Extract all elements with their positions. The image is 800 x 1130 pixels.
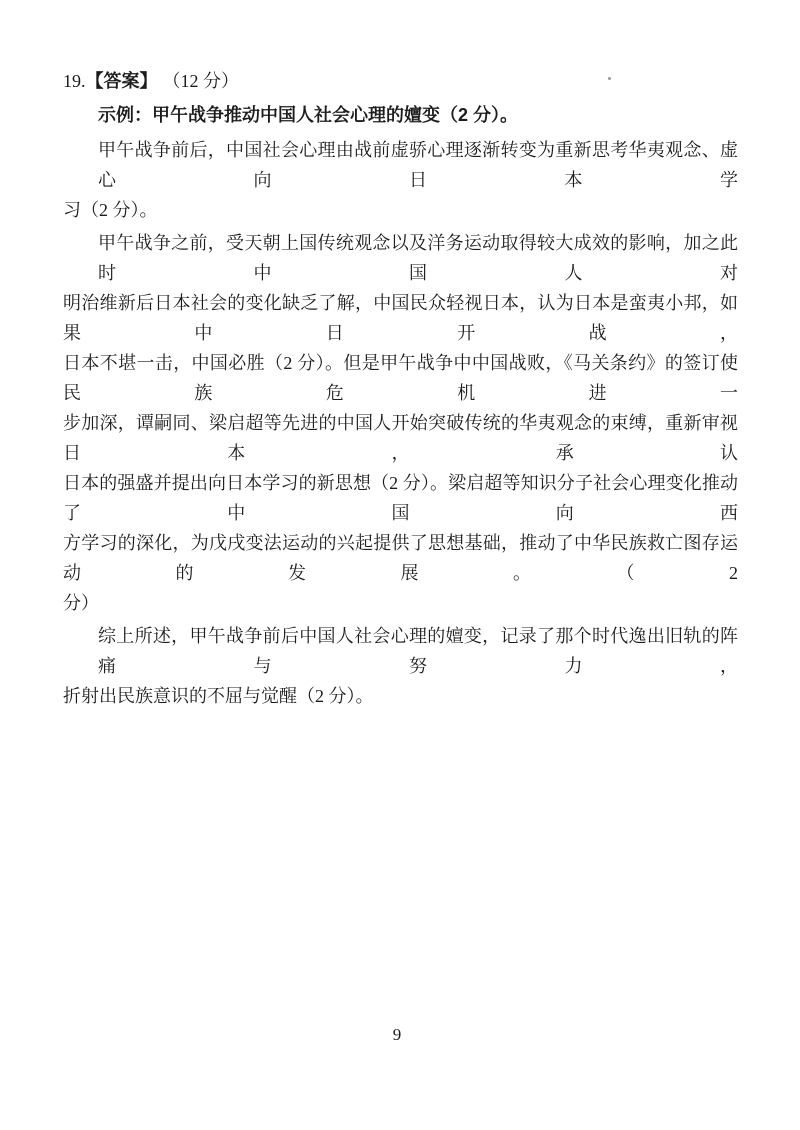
total-score: （12 分） [172, 71, 240, 91]
answer-label: 【答案】 [86, 71, 158, 91]
answer-text-line: 习（2 分）。 [63, 195, 738, 225]
answer-text-line: 甲午战争之前，受天朝上国传统观念以及洋务运动取得较大成效的影响，加之此时中国人对 [63, 228, 738, 288]
example-thesis-line: 示例：甲午战争推动中国人社会心理的嬗变（2 分）。 [63, 100, 738, 130]
document-page: 19.【答案】（12 分） 示例：甲午战争推动中国人社会心理的嬗变（2 分）。 … [0, 0, 800, 1130]
answer-paragraph-3: 综上所述，甲午战争前后中国人社会心理的嬗变，记录了那个时代逸出旧轨的阵痛与努力，… [63, 621, 738, 711]
answer-text-line: 步加深，谭嗣同、梁启超等先进的中国人开始突破传统的华夷观念的束缚，重新审视日本，… [63, 408, 738, 468]
answer-heading: 19.【答案】（12 分） [63, 66, 738, 96]
page-number: 9 [0, 1024, 794, 1046]
answer-text-line: 日本的强盛并提出向日本学习的新思想（2 分）。梁启超等知识分子社会心理变化推动了… [63, 468, 738, 528]
answer-text-line: 综上所述，甲午战争前后中国人社会心理的嬗变，记录了那个时代逸出旧轨的阵痛与努力， [63, 621, 738, 681]
answer-paragraph-2: 甲午战争之前，受天朝上国传统观念以及洋务运动取得较大成效的影响，加之此时中国人对… [63, 228, 738, 618]
answer-text-line: 明治维新后日本社会的变化缺乏了解，中国民众轻视日本，认为日本是蛮夷小邦，如果中日… [63, 288, 738, 348]
answer-text-line: 折射出民族意识的不屈与觉醒（2 分）。 [63, 681, 738, 711]
answer-text-line: 日本不堪一击，中国必胜（2 分）。但是甲午战争中中国战败，《马关条约》的签订使民… [63, 348, 738, 408]
answer-text-line: 甲午战争前后，中国社会心理由战前虚骄心理逐渐转变为重新思考华夷观念、虚心向日本学 [63, 135, 738, 195]
answer-paragraph-1: 甲午战争前后，中国社会心理由战前虚骄心理逐渐转变为重新思考华夷观念、虚心向日本学… [63, 135, 738, 225]
question-number: 19. [63, 71, 86, 91]
answer-text-line: 分） [63, 588, 738, 618]
answer-block: 19.【答案】（12 分） 示例：甲午战争推动中国人社会心理的嬗变（2 分）。 … [63, 66, 738, 714]
scan-artifact-dot [608, 77, 611, 80]
answer-text-line: 方学习的深化，为戊戌变法运动的兴起提供了思想基础，推动了中华民族救亡图存运动的发… [63, 528, 738, 588]
